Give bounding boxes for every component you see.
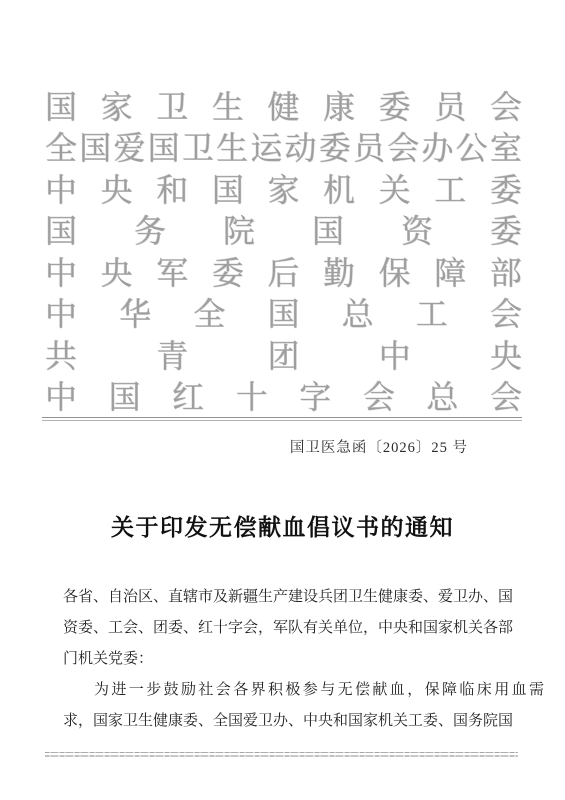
- document-page: 国家卫生健康委员会全国爱国卫生运动委员会办公室中央和国家机关工委国务院国资委中央…: [0, 0, 565, 800]
- letterhead-char: 央: [101, 257, 133, 289]
- letterhead-line: 国务院国资委: [45, 211, 522, 253]
- letterhead-char: 国: [212, 174, 244, 206]
- letterhead-char: 军: [156, 257, 188, 289]
- body-text-line: 各省、自治区、直辖市及新疆生产建设兵团卫生健康委、爱卫办、国: [63, 582, 515, 613]
- letterhead: 国家卫生健康委员会全国爱国卫生运动委员会办公室中央和国家机关工委国务院国资委中央…: [45, 86, 522, 418]
- letterhead-line: 全国爱国卫生运动委员会办公室: [45, 128, 522, 170]
- letterhead-line: 中华全国总工会: [45, 294, 522, 336]
- letterhead-char: 中: [45, 174, 77, 206]
- letterhead-char: 办: [421, 132, 453, 164]
- letterhead-char: 动: [285, 132, 317, 164]
- body-text-line: 求，国家卫生健康委、全国爱卫办、中央和国家机关工委、国务院国: [63, 706, 515, 737]
- letterhead-char: 国: [312, 215, 344, 247]
- letterhead-char: 中: [45, 257, 77, 289]
- letterhead-char: 健: [267, 91, 299, 123]
- letterhead-char: 家: [101, 91, 133, 123]
- letterhead-char: 中: [45, 381, 77, 413]
- letterhead-char: 华: [119, 298, 151, 330]
- letterhead-char: 卫: [182, 132, 214, 164]
- body-text-line: 为进一步鼓励社会各界积极参与无偿献血，保障临床用血需: [63, 675, 515, 706]
- letterhead-char: 国: [45, 215, 77, 247]
- letterhead-char: 委: [319, 132, 351, 164]
- letterhead-char: 共: [45, 340, 77, 372]
- letterhead-line: 共青团中央: [45, 335, 522, 377]
- letterhead-char: 国: [79, 132, 111, 164]
- letterhead-char: 委: [212, 257, 244, 289]
- letterhead-char: 卫: [156, 91, 188, 123]
- letterhead-char: 中: [379, 340, 411, 372]
- letterhead-char: 员: [434, 91, 466, 123]
- letterhead-char: 运: [250, 132, 282, 164]
- letterhead-line: 中央和国家机关工委: [45, 169, 522, 211]
- body-text-line: 门机关党委：: [63, 644, 515, 675]
- letterhead-char: 机: [323, 174, 355, 206]
- scan-fold-line: [45, 752, 518, 758]
- letterhead-char: 字: [299, 381, 331, 413]
- letterhead-char: 关: [379, 174, 411, 206]
- document-title: 关于印发无偿献血倡议书的通知: [0, 509, 565, 542]
- letterhead-char: 国: [109, 381, 141, 413]
- letterhead-char: 务: [134, 215, 166, 247]
- letterhead-char: 康: [323, 91, 355, 123]
- letterhead-char: 保: [379, 257, 411, 289]
- letterhead-line: 中国红十字会总会: [45, 377, 522, 419]
- letterhead-char: 国: [267, 298, 299, 330]
- letterhead-char: 生: [212, 91, 244, 123]
- letterhead-char: 工: [434, 174, 466, 206]
- letterhead-char: 中: [45, 298, 77, 330]
- letterhead-char: 家: [267, 174, 299, 206]
- letterhead-char: 和: [156, 174, 188, 206]
- letterhead-char: 障: [434, 257, 466, 289]
- letterhead-char: 委: [490, 174, 522, 206]
- letterhead-char: 生: [216, 132, 248, 164]
- letterhead-char: 十: [236, 381, 268, 413]
- letterhead-char: 国: [45, 91, 77, 123]
- letterhead-char: 部: [490, 257, 522, 289]
- letterhead-char: 总: [342, 298, 374, 330]
- letterhead-char: 勤: [323, 257, 355, 289]
- letterhead-char: 会: [363, 381, 395, 413]
- letterhead-char: 会: [387, 132, 419, 164]
- letterhead-char: 工: [416, 298, 448, 330]
- letterhead-char: 室: [490, 132, 522, 164]
- letterhead-char: 央: [101, 174, 133, 206]
- letterhead-char: 红: [172, 381, 204, 413]
- letterhead-char: 员: [353, 132, 385, 164]
- letterhead-char: 央: [490, 340, 522, 372]
- letterhead-line: 国家卫生健康委员会: [45, 86, 522, 128]
- letterhead-divider: [42, 417, 522, 421]
- letterhead-char: 会: [490, 381, 522, 413]
- document-number: 国卫医急函〔2026〕25 号: [290, 436, 468, 457]
- letterhead-char: 青: [156, 340, 188, 372]
- letterhead-char: 爱: [113, 132, 145, 164]
- letterhead-line: 中央军委后勤保障部: [45, 252, 522, 294]
- letterhead-char: 院: [223, 215, 255, 247]
- document-body: 各省、自治区、直辖市及新疆生产建设兵团卫生健康委、爱卫办、国资委、工会、团委、红…: [63, 582, 515, 737]
- letterhead-char: 委: [379, 91, 411, 123]
- letterhead-char: 全: [193, 298, 225, 330]
- letterhead-char: 会: [490, 91, 522, 123]
- letterhead-char: 公: [456, 132, 488, 164]
- letterhead-char: 资: [401, 215, 433, 247]
- letterhead-char: 后: [267, 257, 299, 289]
- letterhead-char: 委: [490, 215, 522, 247]
- letterhead-char: 国: [148, 132, 180, 164]
- letterhead-char: 全: [45, 132, 77, 164]
- letterhead-char: 团: [267, 340, 299, 372]
- letterhead-char: 会: [490, 298, 522, 330]
- body-text-line: 资委、工会、团委、红十字会，军队有关单位，中央和国家机关各部: [63, 613, 515, 644]
- letterhead-char: 总: [426, 381, 458, 413]
